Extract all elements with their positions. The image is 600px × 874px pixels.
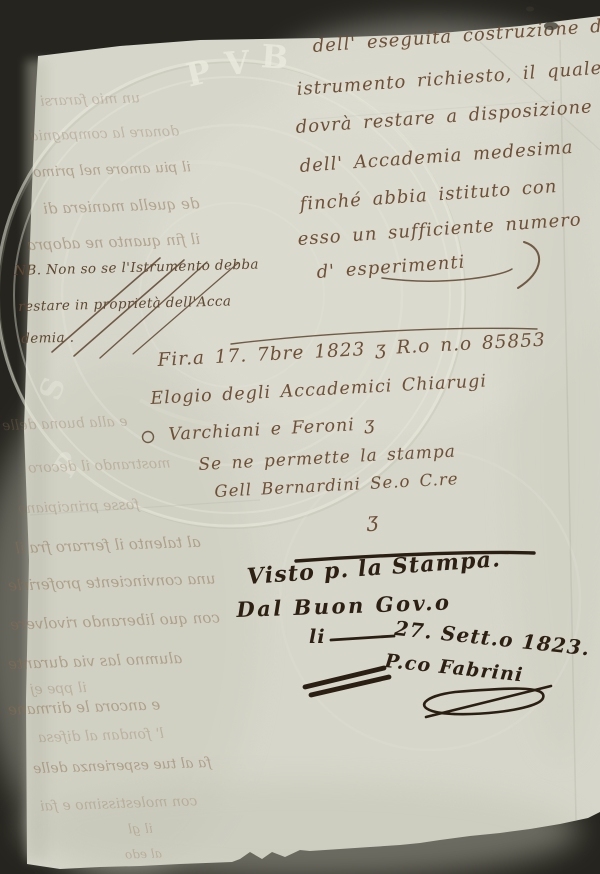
margin-note-line: restare in proprietà dell'Acca [18,293,232,315]
handwritten-line: d' esperimenti [316,252,466,283]
signature-fabrini: P.co Fabrini [384,650,525,686]
li-label: li [309,626,326,648]
registry-line: Se ne permette la stampa [198,442,456,475]
office-line: Dal Buon Gov.o [236,589,452,621]
handwritten-line: esso un sufficiente numero [297,209,582,250]
registry-line: Elogio degli Accademici Chiarugi [150,371,487,409]
handwritten-line: finché abbia istituto con [299,176,558,215]
handwritten-line: dovrà restare a disposizione [295,96,593,138]
handwriting-layer: dell' eseguita costruzione dell' istrume… [0,0,600,874]
handwritten-line: dell' eseguita costruzione dell' [312,14,600,57]
scanned-document: P V B S P un mio fararsi donare la compa… [0,0,600,874]
registry-line: Gell Bernardini Se.o C.re [214,469,459,501]
registry-line: Fir.a 17. 7bre 1823 ʒ R.o n.o 85853 [157,330,546,371]
handwritten-line: istrumento richiesto, il quale [296,58,600,100]
registry-line: Varchiani e Feroni ʒ [168,414,376,445]
handwritten-line: dell' Accademia medesima [299,137,574,177]
margin-note-line: NB. Non so se l'Istrumento debba [14,257,259,279]
margin-note-line: demia . [21,330,75,347]
date-line: 27. Sett.o 1823. [393,616,591,660]
visto-line: Visto p. la Stampa. [246,546,502,590]
registry-paragraph-mark: ʒ [366,507,380,532]
